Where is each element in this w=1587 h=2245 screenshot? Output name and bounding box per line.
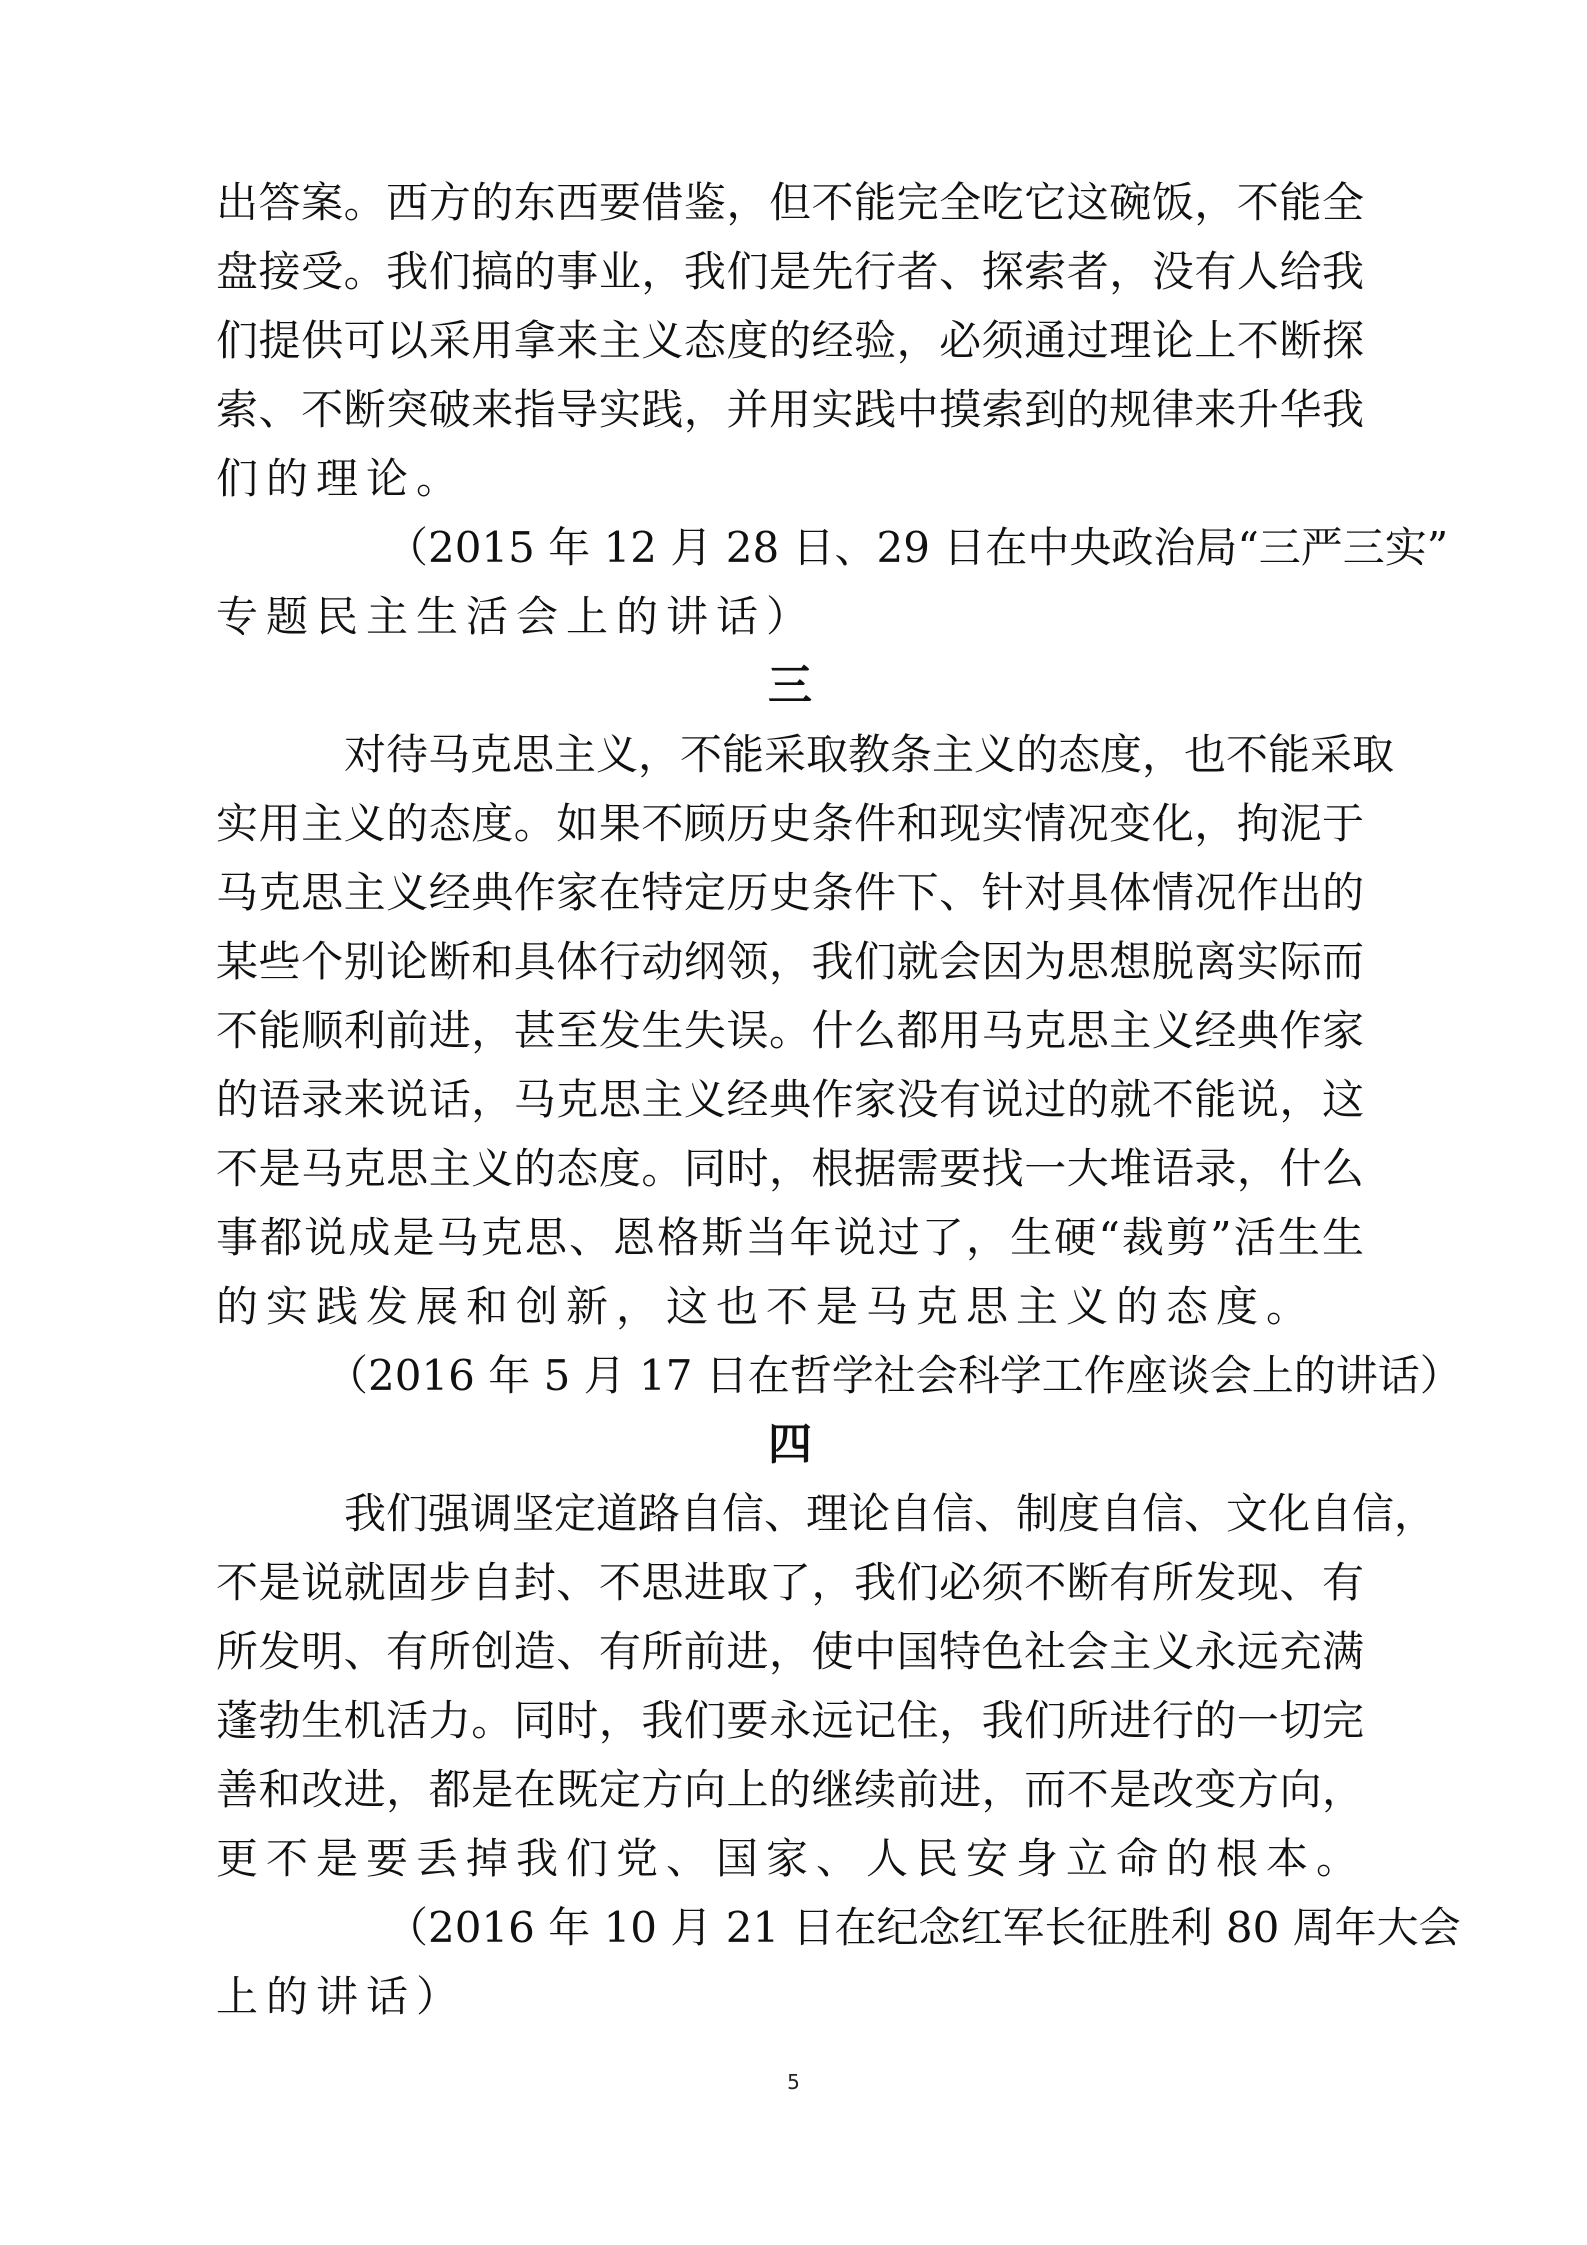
paragraph-line: 索、不断突破来指导实践，并用实践中摸索到的规律来升华我 bbox=[216, 375, 1364, 444]
section-3-citation: （2016 年 5 月 17 日在哲学社会科学工作座谈会上的讲话） bbox=[216, 1341, 1364, 1410]
paragraph-line: 善和改进，都是在既定方向上的继续前进，而不是改变方向， bbox=[216, 1755, 1364, 1824]
page-body: 出答案。西方的东西要借鉴，但不能完全吃它这碗饭，不能全 盘接受。我们搞的事业，我… bbox=[216, 168, 1364, 2031]
paragraph-line: 所发明、有所创造、有所前进，使中国特色社会主义永远充满 bbox=[216, 1617, 1364, 1686]
paragraph-line: 不是说就固步自封、不思进取了，我们必须不断有所发现、有 bbox=[216, 1548, 1364, 1617]
paragraph-line: 对待马克思主义，不能采取教条主义的态度，也不能采取 bbox=[216, 720, 1364, 789]
section-2-paragraph: 出答案。西方的东西要借鉴，但不能完全吃它这碗饭，不能全 盘接受。我们搞的事业，我… bbox=[216, 168, 1364, 513]
section-4-citation: （2016 年 10 月 21 日在纪念红军长征胜利 80 周年大会 上的讲话） bbox=[216, 1893, 1364, 2031]
paragraph-line: 马克思主义经典作家在特定历史条件下、针对具体情况作出的 bbox=[216, 858, 1364, 927]
paragraph-line: 事都说成是马克思、恩格斯当年说过了，生硬“裁剪”活生生 bbox=[216, 1203, 1364, 1272]
paragraph-line: 不是马克思主义的态度。同时，根据需要找一大堆语录，什么 bbox=[216, 1134, 1364, 1203]
page-number: 5 bbox=[0, 2070, 1587, 2094]
paragraph-line: 不能顺利前进，甚至发生失误。什么都用马克思主义经典作家 bbox=[216, 996, 1364, 1065]
section-2-citation: （2015 年 12 月 28 日、29 日在中央政治局“三严三实” 专题民主生… bbox=[216, 513, 1364, 651]
citation-line: 上的讲话） bbox=[216, 1962, 1364, 2031]
paragraph-line: 我们强调坚定道路自信、理论自信、制度自信、文化自信， bbox=[216, 1479, 1364, 1548]
document-page: 出答案。西方的东西要借鉴，但不能完全吃它这碗饭，不能全 盘接受。我们搞的事业，我… bbox=[0, 0, 1587, 2245]
section-heading-3: 三 bbox=[216, 651, 1364, 720]
citation-line: （2016 年 5 月 17 日在哲学社会科学工作座谈会上的讲话） bbox=[216, 1341, 1364, 1410]
paragraph-line: 实用主义的态度。如果不顾历史条件和现实情况变化，拘泥于 bbox=[216, 789, 1364, 858]
citation-line: （2015 年 12 月 28 日、29 日在中央政治局“三严三实” bbox=[216, 513, 1364, 582]
section-3-paragraph: 对待马克思主义，不能采取教条主义的态度，也不能采取 实用主义的态度。如果不顾历史… bbox=[216, 720, 1364, 1341]
paragraph-line: 的实践发展和创新，这也不是马克思主义的态度。 bbox=[216, 1272, 1364, 1341]
paragraph-line: 某些个别论断和具体行动纲领，我们就会因为思想脱离实际而 bbox=[216, 927, 1364, 996]
paragraph-line: 出答案。西方的东西要借鉴，但不能完全吃它这碗饭，不能全 bbox=[216, 168, 1364, 237]
paragraph-line: 们的理论。 bbox=[216, 444, 1364, 513]
citation-line: 专题民主生活会上的讲话） bbox=[216, 582, 1364, 651]
citation-line: （2016 年 10 月 21 日在纪念红军长征胜利 80 周年大会 bbox=[216, 1893, 1364, 1962]
paragraph-line: 们提供可以采用拿来主义态度的经验，必须通过理论上不断探 bbox=[216, 306, 1364, 375]
paragraph-line: 蓬勃生机活力。同时，我们要永远记住，我们所进行的一切完 bbox=[216, 1686, 1364, 1755]
section-4-paragraph: 我们强调坚定道路自信、理论自信、制度自信、文化自信， 不是说就固步自封、不思进取… bbox=[216, 1479, 1364, 1893]
paragraph-line: 的语录来说话，马克思主义经典作家没有说过的就不能说，这 bbox=[216, 1065, 1364, 1134]
section-heading-4: 四 bbox=[216, 1410, 1364, 1479]
paragraph-line: 盘接受。我们搞的事业，我们是先行者、探索者，没有人给我 bbox=[216, 237, 1364, 306]
paragraph-line: 更不是要丢掉我们党、国家、人民安身立命的根本。 bbox=[216, 1824, 1364, 1893]
